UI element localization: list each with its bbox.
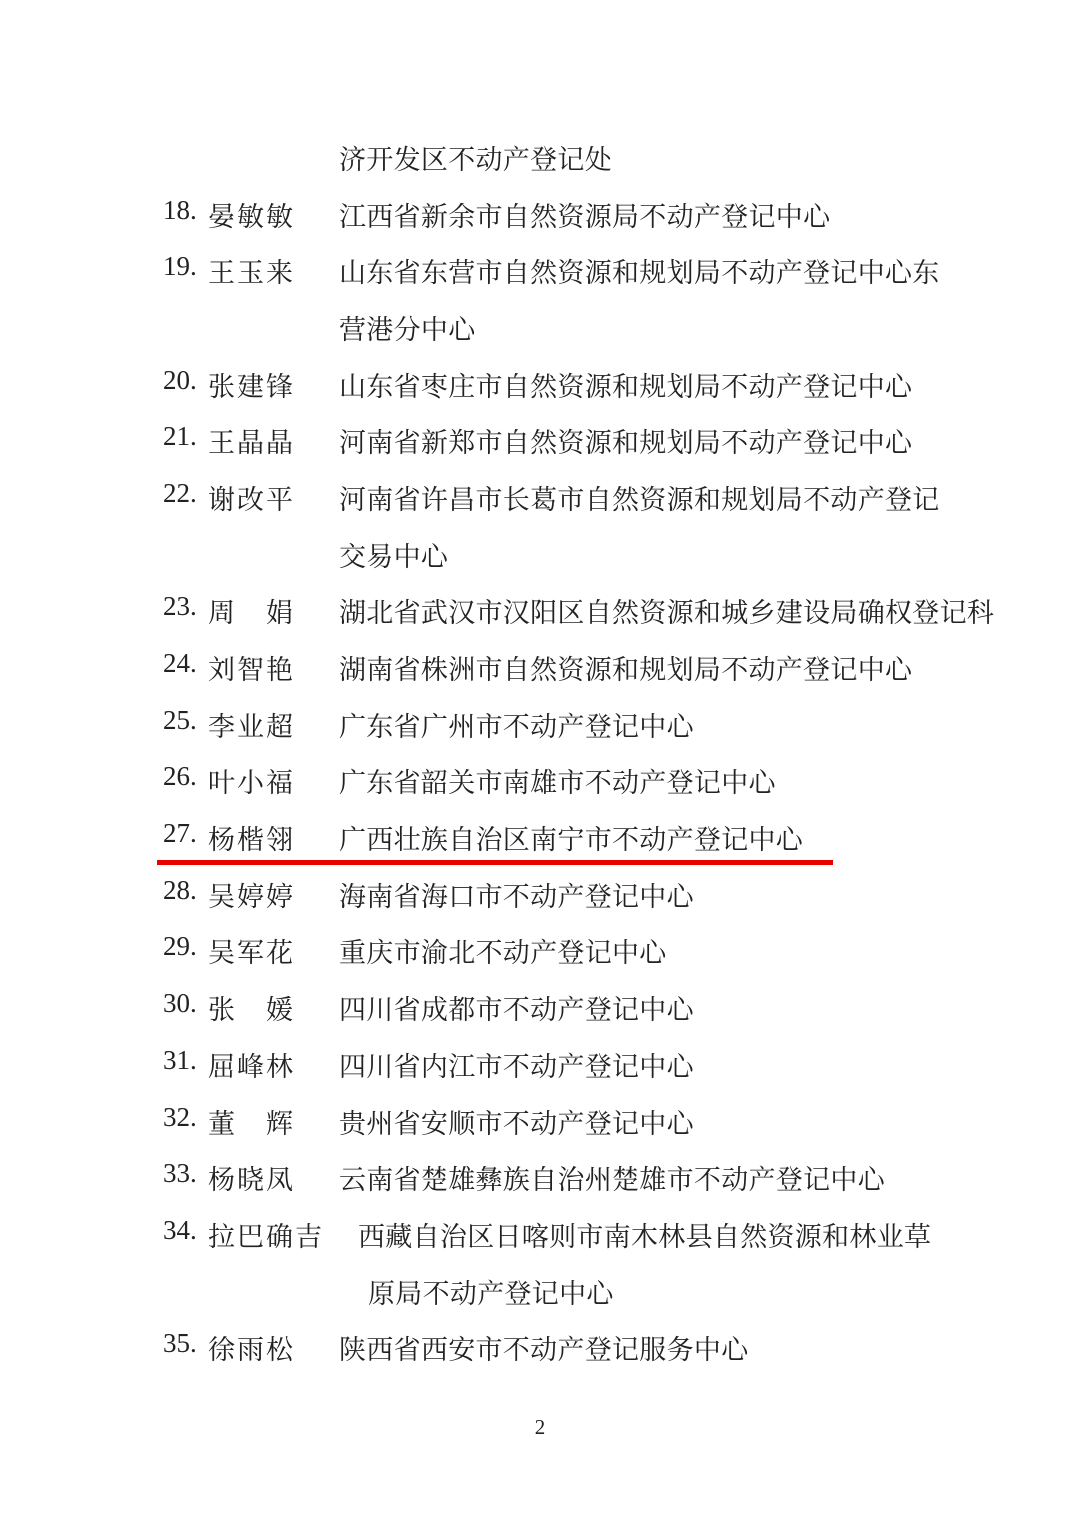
list-item: 30. 张 媛 四川省成都市不动产登记中心: [163, 979, 1023, 1036]
list-item: 27. 杨楷翎 广西壮族自治区南宁市不动产登记中心: [163, 809, 1023, 866]
page-number: 2: [0, 1413, 1080, 1441]
item-organization: 四川省成都市不动产登记中心: [339, 988, 694, 1027]
item-organization: 陕西省西安市不动产登记服务中心: [339, 1328, 749, 1367]
item-number-name-cell: 25. 李业超: [163, 705, 339, 744]
item-number-name-cell: 21. 王晶晶: [163, 421, 339, 460]
item-number-name-cell: 28. 吴婷婷: [163, 875, 339, 914]
item-number-name-cell: 30. 张 媛: [163, 988, 339, 1027]
list-item: 26. 叶小福 广东省韶关市南雄市不动产登记中心: [163, 753, 1023, 810]
item-number-name-cell: 22. 谢改平: [163, 478, 339, 517]
list-item: 35. 徐雨松 陕西省西安市不动产登记服务中心: [163, 1319, 1023, 1376]
item-number: 23.: [163, 591, 208, 630]
award-list: 济开发区不动产登记处 18. 晏敏敏 江西省新余市自然资源局不动产登记中心 19…: [163, 129, 1023, 1376]
item-number: 25.: [163, 705, 208, 744]
list-item: 22. 谢改平 河南省许昌市长葛市自然资源和规划局不动产登记: [163, 469, 1023, 526]
item-number: 32.: [163, 1102, 208, 1141]
item-name: 杨晓凤: [208, 1158, 295, 1197]
item-organization: 广东省韶关市南雄市不动产登记中心: [339, 761, 776, 800]
list-item: 25. 李业超 广东省广州市不动产登记中心: [163, 696, 1023, 753]
list-item-continuation: 济开发区不动产登记处: [163, 129, 1023, 186]
list-item: 32. 董 辉 贵州省安顺市不动产登记中心: [163, 1093, 1023, 1150]
item-number: 18.: [163, 195, 208, 234]
list-item: 24. 刘智艳 湖南省株洲市自然资源和规划局不动产登记中心: [163, 639, 1023, 696]
item-number: 21.: [163, 421, 208, 460]
item-name: 徐雨松: [208, 1328, 295, 1367]
item-number-name-cell: 32. 董 辉: [163, 1102, 339, 1141]
list-item: 23. 周 娟 湖北省武汉市汉阳区自然资源和城乡建设局确权登记科: [163, 583, 1023, 640]
item-organization: 湖北省武汉市汉阳区自然资源和城乡建设局确权登记科: [339, 591, 994, 630]
item-name: 谢改平: [208, 478, 295, 517]
item-organization: 海南省海口市不动产登记中心: [339, 875, 694, 914]
item-number: 30.: [163, 988, 208, 1027]
item-organization: 湖南省株洲市自然资源和规划局不动产登记中心: [339, 648, 912, 687]
list-item: 21. 王晶晶 河南省新郑市自然资源和规划局不动产登记中心: [163, 412, 1023, 469]
list-item-continuation: 交易中心: [163, 526, 1023, 583]
item-name: 周 娟: [208, 591, 295, 630]
item-number: 29.: [163, 931, 208, 970]
item-organization: 江西省新余市自然资源局不动产登记中心: [339, 195, 830, 234]
item-name: 晏敏敏: [208, 195, 295, 234]
item-number-name-cell: 35. 徐雨松: [163, 1328, 339, 1367]
list-item: 18. 晏敏敏 江西省新余市自然资源局不动产登记中心: [163, 186, 1023, 243]
item-organization: 河南省新郑市自然资源和规划局不动产登记中心: [339, 421, 912, 460]
item-organization: 河南省许昌市长葛市自然资源和规划局不动产登记: [339, 478, 940, 517]
item-name: 叶小福: [208, 761, 295, 800]
item-organization: 重庆市渝北不动产登记中心: [339, 931, 667, 970]
item-number-name-cell: 24. 刘智艳: [163, 648, 339, 687]
item-name: 王晶晶: [208, 421, 295, 460]
item-organization: 云南省楚雄彝族自治州楚雄市不动产登记中心: [339, 1158, 885, 1197]
item-name: 屈峰林: [208, 1045, 295, 1084]
item-organization: 西藏自治区日喀则市南木林县自然资源和林业草: [358, 1215, 931, 1254]
item-number: 20.: [163, 365, 208, 404]
list-item: 29. 吴军花 重庆市渝北不动产登记中心: [163, 923, 1023, 980]
item-name: 张 媛: [208, 988, 295, 1027]
item-organization: 交易中心: [339, 535, 448, 574]
item-number: 26.: [163, 761, 208, 800]
item-name: 吴军花: [208, 931, 295, 970]
item-name: 杨楷翎: [208, 818, 295, 857]
item-number-name-cell: 34. 拉巴确吉: [163, 1215, 358, 1254]
item-name: 拉巴确吉: [208, 1215, 324, 1254]
item-number-name-cell: 20. 张建锋: [163, 365, 339, 404]
item-number: 24.: [163, 648, 208, 687]
item-number-name-cell: 26. 叶小福: [163, 761, 339, 800]
item-name: 董 辉: [208, 1102, 295, 1141]
item-number: 19.: [163, 251, 208, 290]
item-number: 22.: [163, 478, 208, 517]
item-organization: 济开发区不动产登记处: [339, 138, 612, 177]
list-item: 33. 杨晓凤 云南省楚雄彝族自治州楚雄市不动产登记中心: [163, 1149, 1023, 1206]
item-number: 34.: [163, 1215, 208, 1254]
list-item-continuation: 营港分中心: [163, 299, 1023, 356]
list-item: 20. 张建锋 山东省枣庄市自然资源和规划局不动产登记中心: [163, 356, 1023, 413]
item-name: 刘智艳: [208, 648, 295, 687]
item-number-name-cell: 19. 王玉来: [163, 251, 339, 290]
item-organization: 四川省内江市不动产登记中心: [339, 1045, 694, 1084]
item-number: 33.: [163, 1158, 208, 1197]
list-item: 31. 屈峰林 四川省内江市不动产登记中心: [163, 1036, 1023, 1093]
item-name: 王玉来: [208, 251, 295, 290]
list-item-continuation: 原局不动产登记中心: [163, 1263, 1023, 1320]
list-item: 28. 吴婷婷 海南省海口市不动产登记中心: [163, 866, 1023, 923]
item-number-name-cell: 27. 杨楷翎: [163, 818, 339, 857]
item-name: 李业超: [208, 705, 295, 744]
item-organization: 山东省东营市自然资源和规划局不动产登记中心东: [339, 251, 940, 290]
item-organization: 广西壮族自治区南宁市不动产登记中心: [339, 818, 803, 857]
item-number: 35.: [163, 1328, 208, 1367]
item-number-name-cell: 31. 屈峰林: [163, 1045, 339, 1084]
item-organization: 广东省广州市不动产登记中心: [339, 705, 694, 744]
item-name: 张建锋: [208, 365, 295, 404]
item-number-name-cell: 33. 杨晓凤: [163, 1158, 339, 1197]
list-item: 19. 王玉来 山东省东营市自然资源和规划局不动产登记中心东: [163, 242, 1023, 299]
item-organization: 贵州省安顺市不动产登记中心: [339, 1102, 694, 1141]
item-organization: 山东省枣庄市自然资源和规划局不动产登记中心: [339, 365, 912, 404]
document-page: 济开发区不动产登记处 18. 晏敏敏 江西省新余市自然资源局不动产登记中心 19…: [0, 0, 1080, 1527]
item-organization: 原局不动产登记中心: [368, 1272, 614, 1311]
item-organization: 营港分中心: [339, 308, 476, 347]
item-number: 27.: [163, 818, 208, 857]
list-item: 34. 拉巴确吉 西藏自治区日喀则市南木林县自然资源和林业草: [163, 1206, 1023, 1263]
item-number-name-cell: 29. 吴军花: [163, 931, 339, 970]
item-name: 吴婷婷: [208, 875, 295, 914]
item-number-name-cell: 18. 晏敏敏: [163, 195, 339, 234]
item-number: 28.: [163, 875, 208, 914]
item-number: 31.: [163, 1045, 208, 1084]
item-number-name-cell: 23. 周 娟: [163, 591, 339, 630]
red-underline: [157, 860, 833, 865]
